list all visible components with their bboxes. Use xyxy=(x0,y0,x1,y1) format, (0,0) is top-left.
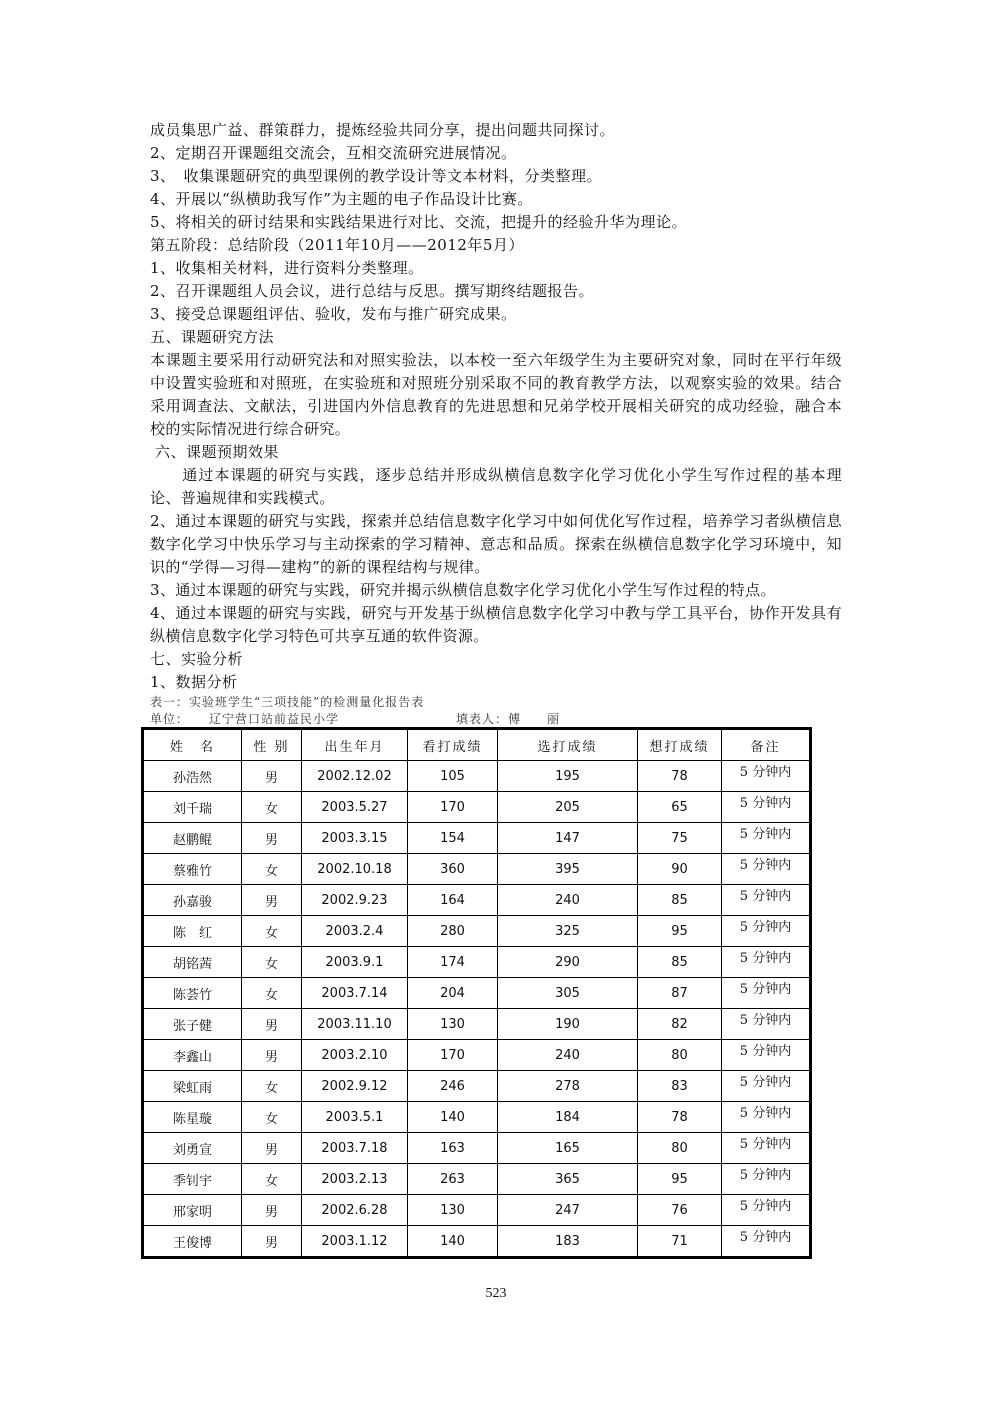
cell-name: 孙嘉骏 xyxy=(143,885,242,916)
stage-heading: 第五阶段：总结阶段（2011年10月——2012年5月） xyxy=(150,234,524,256)
cell-think-score: 95 xyxy=(638,916,722,947)
page-number: 523 xyxy=(0,1286,992,1302)
cell-look-score: 140 xyxy=(408,1102,498,1133)
header-note: 备注 xyxy=(722,729,811,761)
cell-note: 5 分钟内 xyxy=(722,916,811,947)
cell-think-score: 95 xyxy=(638,1164,722,1195)
table-row: 胡铭茜女2003.9.1174290855 分钟内 xyxy=(143,947,811,978)
cell-note: 5 分钟内 xyxy=(722,761,811,792)
effect-paragraph: 3、通过本课题的研究与实践，研究并揭示纵横信息数字化学习优化小学生写作过程的特点… xyxy=(150,579,842,602)
table-row: 李鑫山男2003.2.10170240805 分钟内 xyxy=(143,1040,811,1071)
table-row: 刘千瑞女2003.5.27170205655 分钟内 xyxy=(143,792,811,823)
effect-paragraph: 4、通过本课题的研究与实践，研究与开发基于纵横信息数字化学习中教与学工具平台，协… xyxy=(150,602,842,648)
cell-look-score: 263 xyxy=(408,1164,498,1195)
cell-gender: 男 xyxy=(242,761,302,792)
cell-think-score: 80 xyxy=(638,1040,722,1071)
cell-name: 孙浩然 xyxy=(143,761,242,792)
cell-look-score: 130 xyxy=(408,1009,498,1040)
cell-look-score: 130 xyxy=(408,1195,498,1226)
cell-gender: 男 xyxy=(242,1040,302,1071)
cell-select-score: 240 xyxy=(498,1040,638,1071)
table-row: 蔡雅竹女2002.10.18360395905 分钟内 xyxy=(143,854,811,885)
cell-note: 5 分钟内 xyxy=(722,1133,811,1164)
cell-gender: 女 xyxy=(242,1164,302,1195)
cell-look-score: 204 xyxy=(408,978,498,1009)
cell-gender: 男 xyxy=(242,1009,302,1040)
cell-select-score: 184 xyxy=(498,1102,638,1133)
body-line: 4、开展以“纵横助我写作”为主题的电子作品设计比赛。 xyxy=(150,188,533,210)
cell-note: 5 分钟内 xyxy=(722,1102,811,1133)
cell-birth: 2002.6.28 xyxy=(302,1195,408,1226)
cell-birth: 2003.2.4 xyxy=(302,916,408,947)
cell-gender: 女 xyxy=(242,1071,302,1102)
cell-birth: 2003.11.10 xyxy=(302,1009,408,1040)
body-line: 5、将相关的研讨结果和实践结果进行对比、交流，把提升的经验升华为理论。 xyxy=(150,211,687,233)
cell-note: 5 分钟内 xyxy=(722,792,811,823)
table-caption: 表一：实验班学生“三项技能”的检测量化报告表 xyxy=(150,694,424,710)
cell-gender: 女 xyxy=(242,792,302,823)
cell-think-score: 78 xyxy=(638,1102,722,1133)
subsection-heading: 1、数据分析 xyxy=(150,671,238,693)
cell-birth: 2003.9.1 xyxy=(302,947,408,978)
cell-birth: 2003.2.13 xyxy=(302,1164,408,1195)
body-line: 2、定期召开课题组交流会，互相交流研究进展情况。 xyxy=(150,142,517,164)
cell-think-score: 85 xyxy=(638,885,722,916)
cell-note: 5 分钟内 xyxy=(722,885,811,916)
header-gender: 性 别 xyxy=(242,729,302,761)
cell-name: 邢家明 xyxy=(143,1195,242,1226)
table-row: 陈荟竹女2003.7.14204305875 分钟内 xyxy=(143,978,811,1009)
cell-gender: 男 xyxy=(242,885,302,916)
table-row: 陈星璇女2003.5.1140184785 分钟内 xyxy=(143,1102,811,1133)
cell-name: 陈星璇 xyxy=(143,1102,242,1133)
table-row: 梁虹雨女2002.9.12246278835 分钟内 xyxy=(143,1071,811,1102)
cell-name: 陈荟竹 xyxy=(143,978,242,1009)
cell-name: 赵鹏鲲 xyxy=(143,823,242,854)
cell-look-score: 246 xyxy=(408,1071,498,1102)
table-row: 孙嘉骏男2002.9.23164240855 分钟内 xyxy=(143,885,811,916)
cell-note: 5 分钟内 xyxy=(722,1071,811,1102)
cell-note: 5 分钟内 xyxy=(722,1226,811,1258)
cell-think-score: 76 xyxy=(638,1195,722,1226)
body-line: 1、收集相关材料，进行资料分类整理。 xyxy=(150,257,424,279)
cell-select-score: 183 xyxy=(498,1226,638,1258)
cell-birth: 2003.3.15 xyxy=(302,823,408,854)
body-line: 3、 收集课题研究的典型课例的教学设计等文本材料，分类整理。 xyxy=(150,165,602,187)
cell-think-score: 75 xyxy=(638,823,722,854)
cell-birth: 2003.7.18 xyxy=(302,1133,408,1164)
cell-select-score: 247 xyxy=(498,1195,638,1226)
cell-look-score: 170 xyxy=(408,1040,498,1071)
cell-name: 季钊宇 xyxy=(143,1164,242,1195)
cell-birth: 2003.7.14 xyxy=(302,978,408,1009)
cell-think-score: 80 xyxy=(638,1133,722,1164)
cell-look-score: 164 xyxy=(408,885,498,916)
cell-look-score: 140 xyxy=(408,1226,498,1258)
cell-gender: 女 xyxy=(242,1102,302,1133)
header-birth: 出生年月 xyxy=(302,729,408,761)
cell-note: 5 分钟内 xyxy=(722,854,811,885)
cell-look-score: 360 xyxy=(408,854,498,885)
cell-note: 5 分钟内 xyxy=(722,823,811,854)
cell-select-score: 395 xyxy=(498,854,638,885)
body-line: 3、接受总课题组评估、验收，发布与推广研究成果。 xyxy=(150,303,517,325)
cell-note: 5 分钟内 xyxy=(722,1164,811,1195)
table-row: 陈 红女2003.2.4280325955 分钟内 xyxy=(143,916,811,947)
cell-look-score: 280 xyxy=(408,916,498,947)
header-think-type-score: 想打成绩 xyxy=(638,729,722,761)
cell-name: 张子健 xyxy=(143,1009,242,1040)
cell-gender: 男 xyxy=(242,1226,302,1258)
table-row: 王俊博男2003.1.12140183715 分钟内 xyxy=(143,1226,811,1258)
cell-think-score: 71 xyxy=(638,1226,722,1258)
cell-think-score: 87 xyxy=(638,978,722,1009)
cell-think-score: 78 xyxy=(638,761,722,792)
cell-name: 梁虹雨 xyxy=(143,1071,242,1102)
body-line: 2、召开课题组人员会议，进行总结与反思。撰写期终结题报告。 xyxy=(150,280,594,302)
cell-gender: 女 xyxy=(242,916,302,947)
cell-gender: 女 xyxy=(242,854,302,885)
cell-birth: 2003.5.27 xyxy=(302,792,408,823)
cell-name: 刘勇宣 xyxy=(143,1133,242,1164)
cell-gender: 女 xyxy=(242,947,302,978)
section-heading: 六、课题预期效果 xyxy=(155,441,279,463)
cell-name: 李鑫山 xyxy=(143,1040,242,1071)
table-unit-line: 单位： 辽宁营口站前益民小学 填表人：傅 丽 xyxy=(150,711,560,727)
cell-select-score: 147 xyxy=(498,823,638,854)
cell-name: 陈 红 xyxy=(143,916,242,947)
cell-gender: 女 xyxy=(242,978,302,1009)
cell-name: 蔡雅竹 xyxy=(143,854,242,885)
table-row: 赵鹏鲲男2003.3.15154147755 分钟内 xyxy=(143,823,811,854)
section-heading: 七、实验分析 xyxy=(150,648,243,670)
cell-select-score: 205 xyxy=(498,792,638,823)
cell-select-score: 278 xyxy=(498,1071,638,1102)
cell-birth: 2003.5.1 xyxy=(302,1102,408,1133)
cell-think-score: 85 xyxy=(638,947,722,978)
table-row: 孙浩然男2002.12.02105195785 分钟内 xyxy=(143,761,811,792)
cell-gender: 男 xyxy=(242,1133,302,1164)
cell-birth: 2003.1.12 xyxy=(302,1226,408,1258)
cell-select-score: 165 xyxy=(498,1133,638,1164)
cell-select-score: 190 xyxy=(498,1009,638,1040)
document-page: 成员集思广益、群策群力，提炼经验共同分享，提出问题共同探讨。 2、定期召开课题组… xyxy=(0,0,992,1403)
table-row: 邢家明男2002.6.28130247765 分钟内 xyxy=(143,1195,811,1226)
cell-birth: 2002.9.23 xyxy=(302,885,408,916)
effect-paragraph: 通过本课题的研究与实践，逐步总结并形成纵横信息数字化学习优化小学生写作过程的基本… xyxy=(150,464,842,510)
cell-note: 5 分钟内 xyxy=(722,1040,811,1071)
table-header-row: 姓 名 性 别 出生年月 看打成绩 选打成绩 想打成绩 备注 xyxy=(143,729,811,761)
cell-note: 5 分钟内 xyxy=(722,978,811,1009)
cell-birth: 2002.10.18 xyxy=(302,854,408,885)
table-row: 张子健男2003.11.10130190825 分钟内 xyxy=(143,1009,811,1040)
cell-select-score: 305 xyxy=(498,978,638,1009)
cell-select-score: 195 xyxy=(498,761,638,792)
cell-birth: 2002.9.12 xyxy=(302,1071,408,1102)
header-look-type-score: 看打成绩 xyxy=(408,729,498,761)
header-name: 姓 名 xyxy=(143,729,242,761)
cell-select-score: 365 xyxy=(498,1164,638,1195)
cell-think-score: 83 xyxy=(638,1071,722,1102)
cell-note: 5 分钟内 xyxy=(722,947,811,978)
cell-gender: 男 xyxy=(242,823,302,854)
body-line: 成员集思广益、群策群力，提炼经验共同分享，提出问题共同探讨。 xyxy=(150,119,615,141)
table-row: 季钊宇女2003.2.13263365955 分钟内 xyxy=(143,1164,811,1195)
cell-look-score: 170 xyxy=(408,792,498,823)
header-select-type-score: 选打成绩 xyxy=(498,729,638,761)
section-heading: 五、课题研究方法 xyxy=(150,326,274,348)
cell-name: 胡铭茜 xyxy=(143,947,242,978)
cell-look-score: 154 xyxy=(408,823,498,854)
cell-think-score: 82 xyxy=(638,1009,722,1040)
cell-look-score: 163 xyxy=(408,1133,498,1164)
cell-select-score: 290 xyxy=(498,947,638,978)
cell-birth: 2002.12.02 xyxy=(302,761,408,792)
effect-paragraph: 2、通过本课题的研究与实践，探索并总结信息数字化学习中如何优化写作过程，培养学习… xyxy=(150,510,842,579)
cell-name: 刘千瑞 xyxy=(143,792,242,823)
cell-select-score: 325 xyxy=(498,916,638,947)
skills-report-table: 姓 名 性 别 出生年月 看打成绩 选打成绩 想打成绩 备注 孙浩然男2002.… xyxy=(141,727,812,1259)
table-row: 刘勇宣男2003.7.18163165805 分钟内 xyxy=(143,1133,811,1164)
cell-gender: 男 xyxy=(242,1195,302,1226)
cell-birth: 2003.2.10 xyxy=(302,1040,408,1071)
cell-think-score: 65 xyxy=(638,792,722,823)
cell-name: 王俊博 xyxy=(143,1226,242,1258)
cell-look-score: 174 xyxy=(408,947,498,978)
cell-think-score: 90 xyxy=(638,854,722,885)
cell-note: 5 分钟内 xyxy=(722,1009,811,1040)
method-paragraph: 本课题主要采用行动研究法和对照实验法，以本校一至六年级学生为主要研究对象，同时在… xyxy=(150,349,842,441)
cell-look-score: 105 xyxy=(408,761,498,792)
cell-note: 5 分钟内 xyxy=(722,1195,811,1226)
cell-select-score: 240 xyxy=(498,885,638,916)
